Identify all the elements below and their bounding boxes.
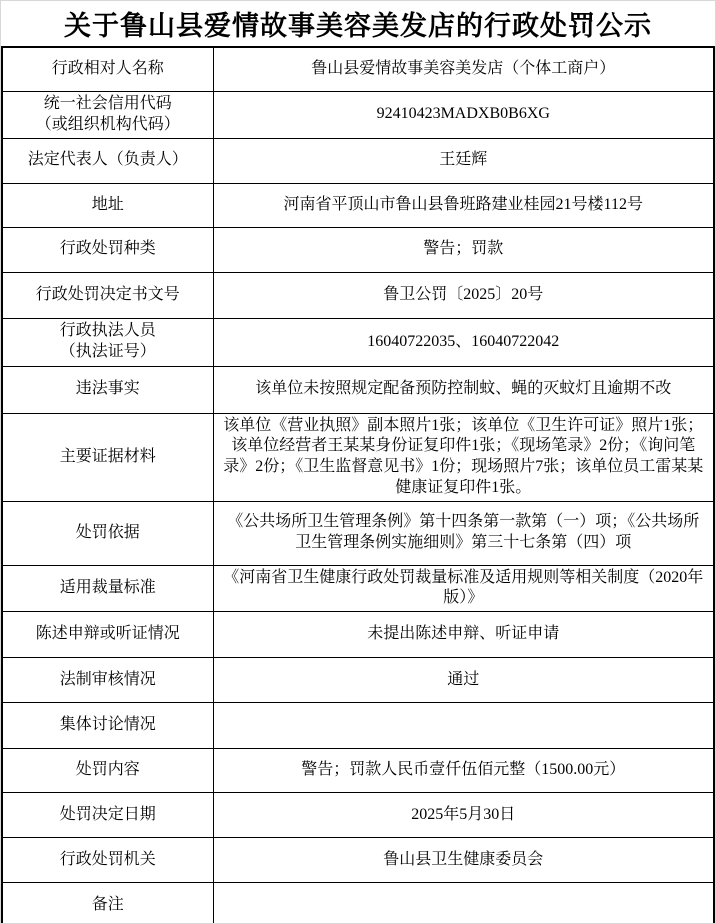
row-value: 警告；罚款 (213, 227, 714, 272)
table-row-remarks: 备注 (2, 883, 714, 924)
row-label: 法制审核情况 (2, 658, 213, 703)
table-row-legal-representative: 法定代表人（负责人） 王廷辉 (2, 138, 714, 183)
table-row-discretion-standard: 适用裁量标准 《河南省卫生健康行政处罚裁量标准及适用规则等相关制度（2020年版… (2, 565, 714, 612)
row-label: 备注 (2, 883, 213, 924)
page-title: 关于鲁山县爱情故事美容美发店的行政处罚公示 (1, 1, 715, 46)
table-row-penalty-content: 处罚内容 警告；罚款人民币壹仟伍佰元整（1500.00元） (2, 749, 714, 793)
row-value: 鲁卫公罚〔2025〕20号 (213, 272, 714, 318)
table-row-credit-code: 统一社会信用代码 （或组织机构代码） 92410423MADXB0B6XG (2, 91, 714, 138)
row-value: 《公共场所卫生管理条例》第十四条第一款第（一）项；《公共场所卫生管理条例实施细则… (213, 501, 714, 565)
row-label: 法定代表人（负责人） (2, 138, 213, 183)
penalty-notice-page: 关于鲁山县爱情故事美容美发店的行政处罚公示 行政相对人名称 鲁山县爱情故事美容美… (0, 0, 716, 924)
table-row-penalty-authority: 行政处罚机关 鲁山县卫生健康委员会 (2, 838, 714, 883)
row-label: 集体讨论情况 (2, 703, 213, 749)
table-row-decision-doc-number: 行政处罚决定书文号 鲁卫公罚〔2025〕20号 (2, 272, 714, 318)
row-label: 处罚依据 (2, 501, 213, 565)
row-label: 行政处罚决定书文号 (2, 272, 213, 318)
row-label: 行政处罚机关 (2, 838, 213, 883)
row-label: 行政执法人员 （执法证号） (2, 318, 213, 366)
row-value: 该单位未按照规定配备预防控制蚊、蝇的灭蚊灯且逾期不改 (213, 366, 714, 413)
row-value: 王廷辉 (213, 138, 714, 183)
penalty-table: 行政相对人名称 鲁山县爱情故事美容美发店（个体工商户） 统一社会信用代码 （或组… (1, 46, 715, 924)
table-row-penalty-type: 行政处罚种类 警告；罚款 (2, 227, 714, 272)
row-label: 适用裁量标准 (2, 565, 213, 612)
row-label: 违法事实 (2, 366, 213, 413)
row-value: 鲁山县爱情故事美容美发店（个体工商户） (213, 47, 714, 91)
row-value: 警告；罚款人民币壹仟伍佰元整（1500.00元） (213, 749, 714, 793)
row-label: 地址 (2, 183, 213, 227)
row-value: 鲁山县卫生健康委员会 (213, 838, 714, 883)
row-value: 河南省平顶山市鲁山县鲁班路建业桂园21号楼112号 (213, 183, 714, 227)
table-row-address: 地址 河南省平顶山市鲁山县鲁班路建业桂园21号楼112号 (2, 183, 714, 227)
row-value: 未提出陈述申辩、听证申请 (213, 612, 714, 658)
row-label: 主要证据材料 (2, 413, 213, 501)
table-row-statement-hearing: 陈述申辩或听证情况 未提出陈述申辩、听证申请 (2, 612, 714, 658)
row-value (213, 883, 714, 924)
table-row-main-evidence: 主要证据材料 该单位《营业执照》副本照片1张；该单位《卫生许可证》照片1张；该单… (2, 413, 714, 501)
table-row-penalty-basis: 处罚依据 《公共场所卫生管理条例》第十四条第一款第（一）项；《公共场所卫生管理条… (2, 501, 714, 565)
row-value: 该单位《营业执照》副本照片1张；该单位《卫生许可证》照片1张；该单位经营者王某某… (213, 413, 714, 501)
row-label: 处罚决定日期 (2, 793, 213, 838)
row-value: 《河南省卫生健康行政处罚裁量标准及适用规则等相关制度（2020年版）》 (213, 565, 714, 612)
row-label: 陈述申辩或听证情况 (2, 612, 213, 658)
row-value: 92410423MADXB0B6XG (213, 91, 714, 138)
row-value: 通过 (213, 658, 714, 703)
table-row-enforcement-officers: 行政执法人员 （执法证号） 16040722035、16040722042 (2, 318, 714, 366)
table-row-entity-name: 行政相对人名称 鲁山县爱情故事美容美发店（个体工商户） (2, 47, 714, 91)
table-row-collective-discussion: 集体讨论情况 (2, 703, 714, 749)
table-row-decision-date: 处罚决定日期 2025年5月30日 (2, 793, 714, 838)
row-label: 处罚内容 (2, 749, 213, 793)
table-row-illegal-facts: 违法事实 该单位未按照规定配备预防控制蚊、蝇的灭蚊灯且逾期不改 (2, 366, 714, 413)
row-label: 行政相对人名称 (2, 47, 213, 91)
row-label: 统一社会信用代码 （或组织机构代码） (2, 91, 213, 138)
table-row-legal-review: 法制审核情况 通过 (2, 658, 714, 703)
row-value: 2025年5月30日 (213, 793, 714, 838)
row-label: 行政处罚种类 (2, 227, 213, 272)
row-value (213, 703, 714, 749)
row-value: 16040722035、16040722042 (213, 318, 714, 366)
